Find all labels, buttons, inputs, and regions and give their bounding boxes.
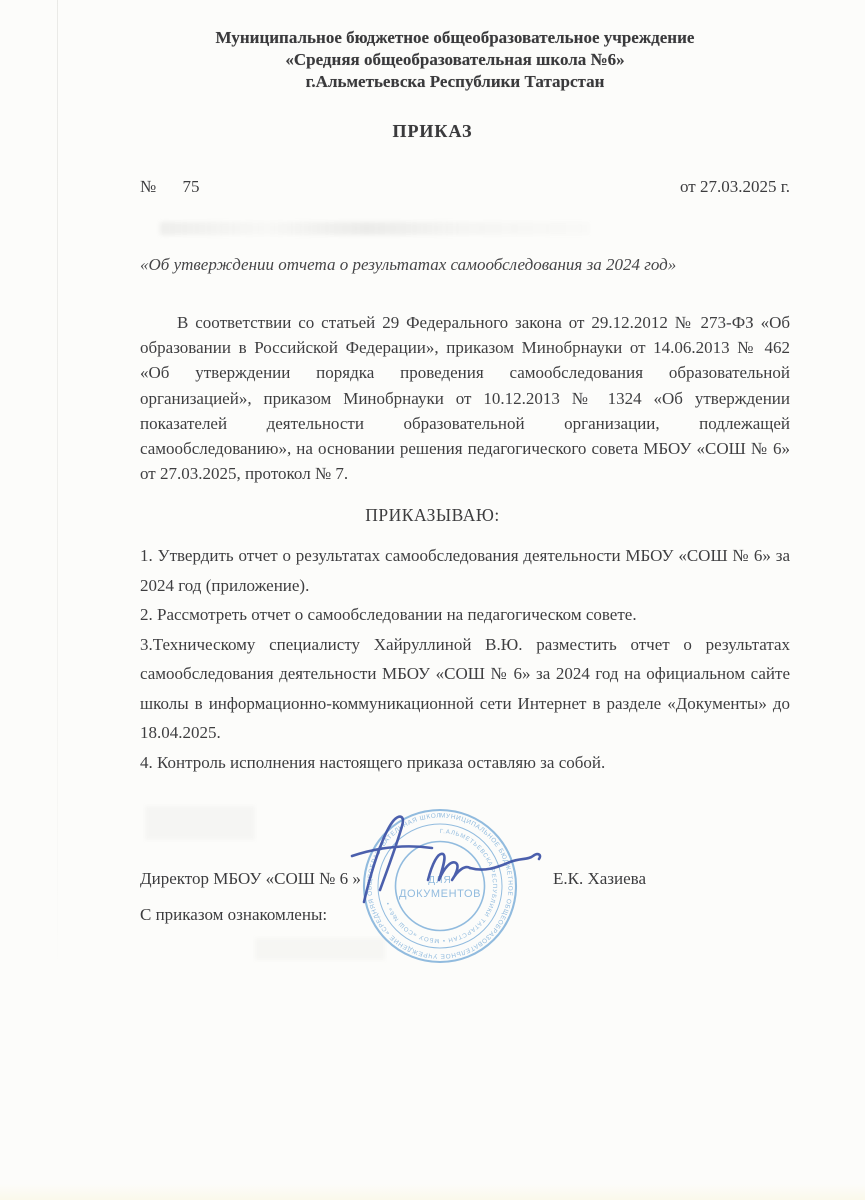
signature-role: Директор МБОУ «СОШ № 6 »: [140, 869, 361, 889]
order-item-1: 1. Утвердить отчет о результатах самообс…: [140, 541, 790, 600]
signature-name: Е.К. Хазиева: [553, 869, 646, 889]
resolution-heading: ПРИКАЗЫВАЮ:: [0, 505, 865, 526]
order-number-value: 75: [182, 177, 199, 196]
order-date: от 27.03.2025 г.: [680, 177, 790, 197]
order-item-4: 4. Контроль исполнения настоящего приказ…: [140, 748, 790, 778]
order-items: 1. Утвердить отчет о результатах самообс…: [140, 541, 790, 777]
order-subject: «Об утверждении отчета о результатах сам…: [140, 255, 800, 275]
document-page: Муниципальное бюджетное общеобразователь…: [0, 0, 865, 1200]
org-header: Муниципальное бюджетное общеобразователь…: [115, 27, 795, 93]
scan-artifact: [160, 222, 590, 235]
org-name-line2: «Средняя общеобразовательная школа №6»: [115, 49, 795, 71]
scan-edge-line: [57, 0, 58, 980]
order-item-3: 3.Техническому специалисту Хайруллиной В…: [140, 630, 790, 748]
scan-bottom-tint: [0, 1184, 865, 1200]
acknowledged-label: С приказом ознакомлены:: [140, 905, 327, 925]
order-item-2: 2. Рассмотреть отчет о самообследовании …: [140, 600, 790, 630]
director-signature: [336, 806, 554, 914]
scan-artifact: [145, 806, 255, 840]
document-title: ПРИКАЗ: [0, 121, 865, 142]
preamble-paragraph: В соответствии со статьей 29 Федеральног…: [140, 310, 790, 486]
org-name-line3: г.Альметьевска Республики Татарстан: [115, 71, 795, 93]
order-number-label: №: [140, 177, 156, 196]
org-name-line1: Муниципальное бюджетное общеобразователь…: [115, 27, 795, 49]
number-date-row: № 75 от 27.03.2025 г.: [140, 177, 790, 197]
